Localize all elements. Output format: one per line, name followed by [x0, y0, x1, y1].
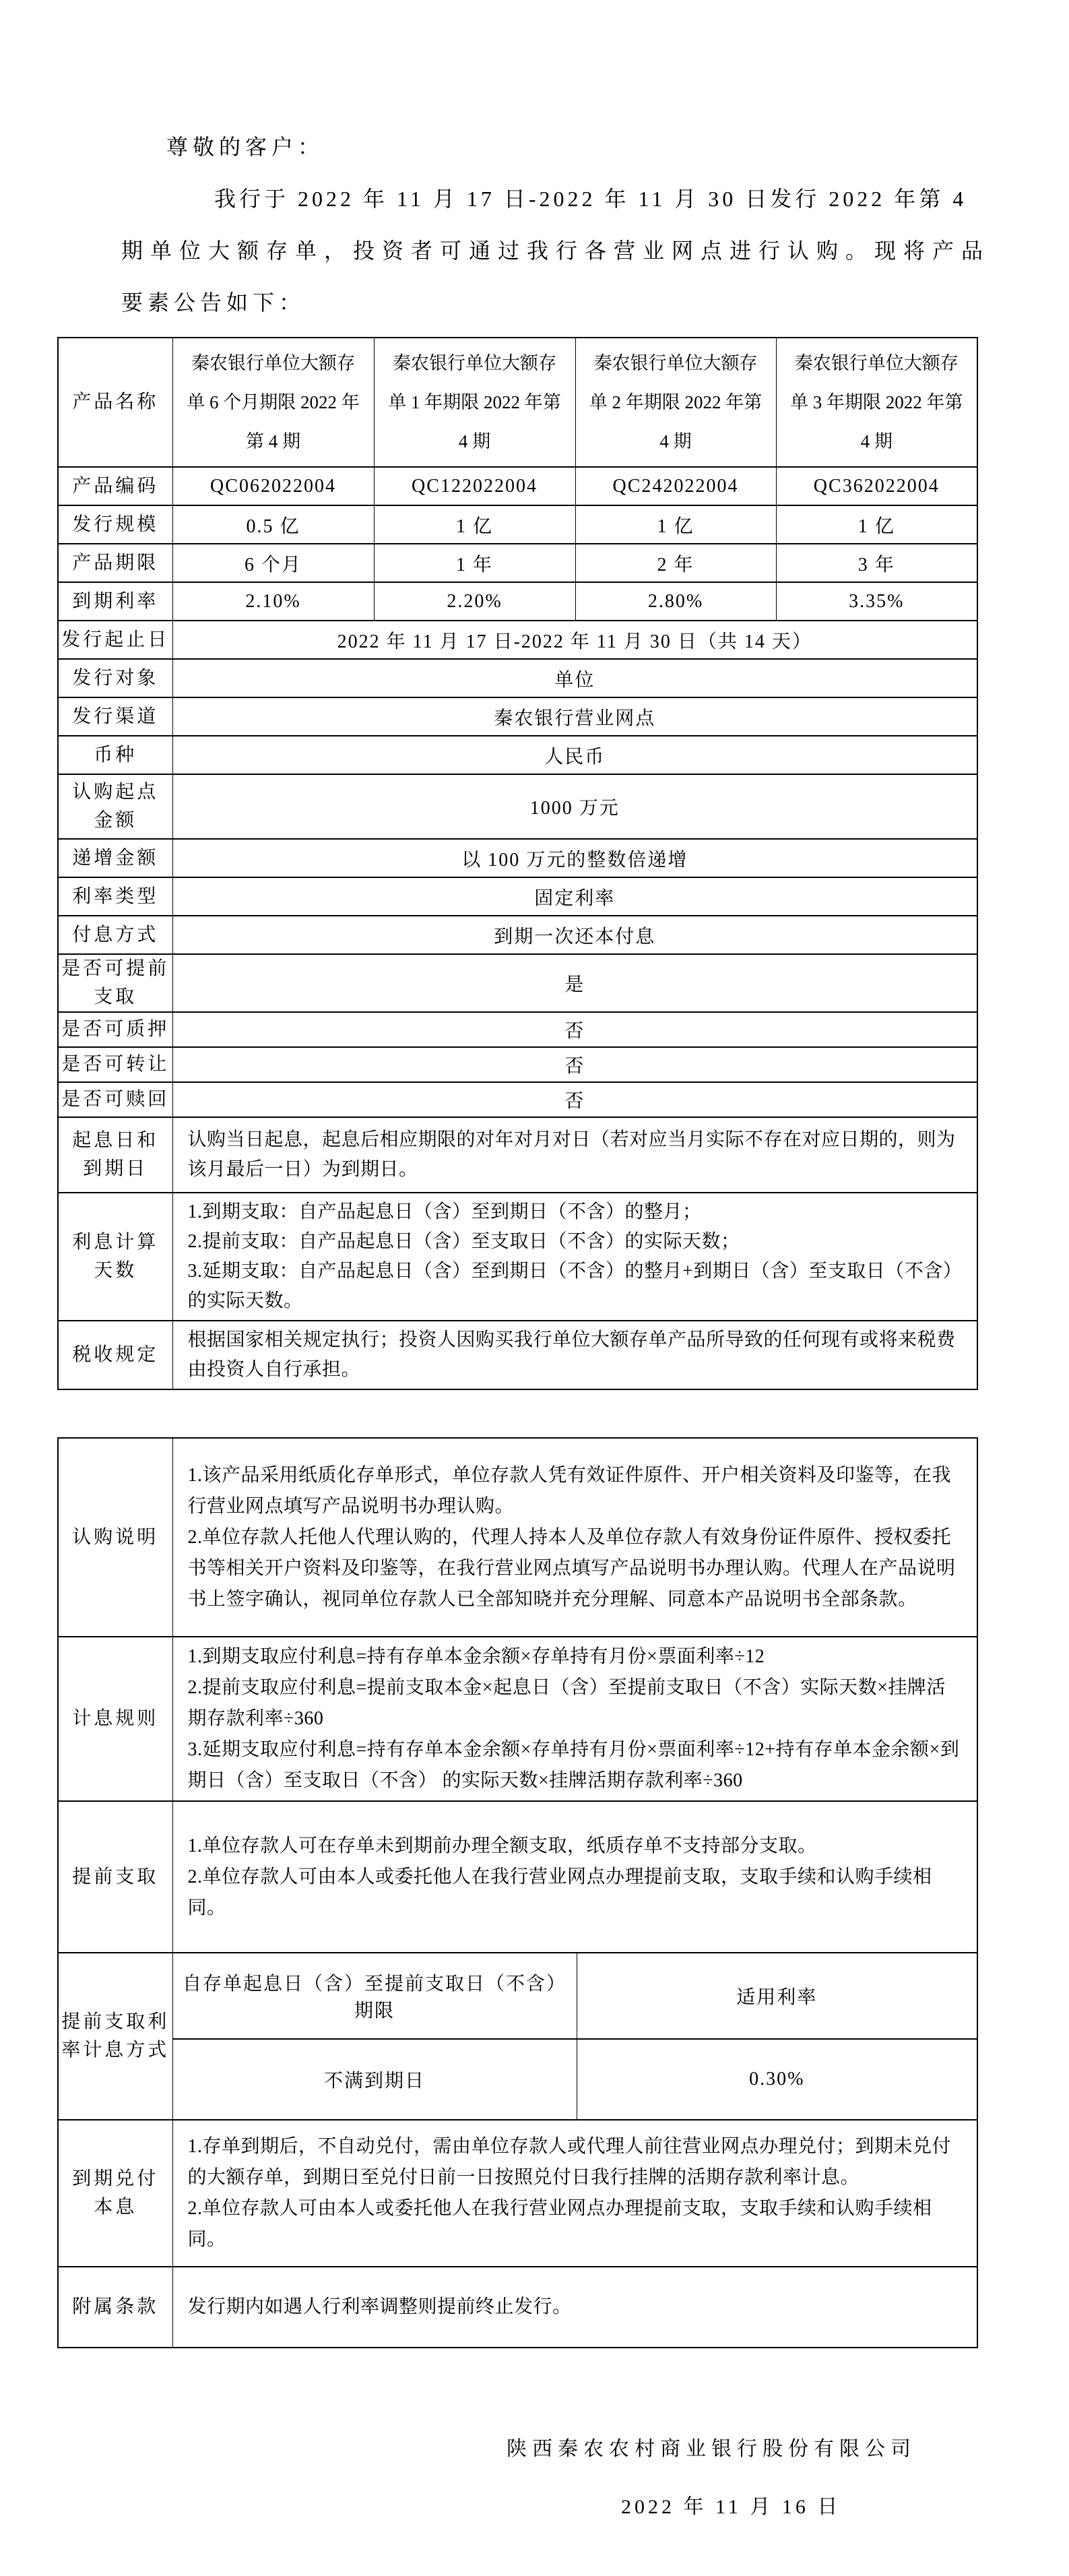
pledgeable: 否: [172, 1012, 977, 1047]
maturity-rate: 2.20%: [374, 582, 575, 621]
subscription-instructions: 1.该产品采用纸质化存单形式，单位存款人凭有效证件原件、开户相关资料及印鉴等，在…: [172, 1438, 977, 1637]
minimum-subscription: 1000 万元: [172, 774, 977, 839]
row-label: 付息方式: [58, 916, 172, 954]
row-label: 币种: [58, 736, 172, 774]
redeemable: 否: [172, 1082, 977, 1117]
terms-table: 认购说明 1.该产品采用纸质化存单形式，单位存款人凭有效证件原件、开户相关资料及…: [57, 1437, 978, 2348]
product-term: 3 年: [776, 544, 977, 582]
maturity-rate: 2.80%: [575, 582, 776, 621]
interest-calculation-rules: 1.到期支取应付利息=持有存单本金余额×存单持有月份×票面利率÷12 2.提前支…: [172, 1637, 977, 1801]
table-row: 付息方式 到期一次还本付息: [58, 916, 977, 954]
table-row: 是否可质押 否: [58, 1012, 977, 1047]
product-term: 1 年: [374, 544, 575, 582]
product-code: QC062022004: [172, 467, 374, 505]
issue-period: 2022 年 11 月 17 日-2022 年 11 月 30 日（共 14 天…: [172, 621, 977, 659]
row-label: 起息日和 到期日: [58, 1117, 172, 1193]
greeting-line: 尊敬的客户：: [121, 121, 994, 173]
row-label: 是否可转让: [58, 1047, 172, 1082]
early-withdrawal-terms: 1.单位存款人可在存单未到期前办理全额支取，纸质存单不支持部分支取。 2.单位存…: [172, 1801, 977, 1953]
interest-payment-method: 到期一次还本付息: [172, 916, 977, 954]
issue-channel: 秦农银行营业网点: [172, 697, 977, 736]
issue-scale: 0.5 亿: [172, 505, 374, 544]
row-label: 递增金额: [58, 839, 172, 877]
table-row: 认购说明 1.该产品采用纸质化存单形式，单位存款人凭有效证件原件、开户相关资料及…: [58, 1438, 977, 1637]
table-row: 附属条款 发行期内如遇人行利率调整则提前终止发行。: [58, 2267, 977, 2348]
issue-target: 单位: [172, 659, 977, 697]
intro-section: 尊敬的客户： 我行于 2022 年 11 月 17 日-2022 年 11 月 …: [0, 0, 1069, 329]
table-row: 利息计算 天数 1.到期支取：自产品起息日（含）至到期日（不含）的整月； 2.提…: [58, 1193, 977, 1321]
table-row: 递增金额 以 100 万元的整数倍递增: [58, 839, 977, 877]
early-withdrawal-period-header: 自存单起息日（含）至提前支取日（不含）期限: [172, 1953, 577, 2039]
product-name-3y: 秦农银行单位大额存单 3 年期限 2022 年第 4 期: [776, 338, 977, 467]
product-code: QC242022004: [575, 467, 776, 505]
table-row: 发行渠道 秦农银行营业网点: [58, 697, 977, 736]
table-row: 计息规则 1.到期支取应付利息=持有存单本金余额×存单持有月份×票面利率÷12 …: [58, 1637, 977, 1801]
footer-date: 2022 年 11 月 16 日: [621, 2494, 1069, 2521]
row-label: 发行渠道: [58, 697, 172, 736]
row-label: 计息规则: [58, 1637, 172, 1801]
table-row: 币种 人民币: [58, 736, 977, 774]
table-row: 利率类型 固定利率: [58, 877, 977, 916]
row-label: 产品期限: [58, 544, 172, 582]
product-code: QC362022004: [776, 467, 977, 505]
table-row: 产品期限 6 个月 1 年 2 年 3 年: [58, 544, 977, 582]
issue-scale: 1 亿: [374, 505, 575, 544]
row-label: 发行起止日: [58, 621, 172, 659]
table-row: 产品编码 QC062022004 QC122022004 QC242022004…: [58, 467, 977, 505]
maturity-rate: 3.35%: [776, 582, 977, 621]
applicable-rate-header: 适用利率: [577, 1953, 977, 2039]
table-row: 发行起止日 2022 年 11 月 17 日-2022 年 11 月 30 日（…: [58, 621, 977, 659]
table-row: 到期利率 2.10% 2.20% 2.80% 3.35%: [58, 582, 977, 621]
row-label: 提前支取利 率计息方式: [58, 1953, 172, 2120]
maturity-rate: 2.10%: [172, 582, 374, 621]
transferable: 否: [172, 1047, 977, 1082]
rate-type: 固定利率: [172, 877, 977, 916]
table-row: 发行规模 0.5 亿 1 亿 1 亿 1 亿: [58, 505, 977, 544]
increment-amount: 以 100 万元的整数倍递增: [172, 839, 977, 877]
row-label: 到期利率: [58, 582, 172, 621]
product-name-1y: 秦农银行单位大额存单 1 年期限 2022 年第 4 期: [374, 338, 575, 467]
product-term: 6 个月: [172, 544, 374, 582]
product-code: QC122022004: [374, 467, 575, 505]
applicable-rate-value: 0.30%: [577, 2039, 977, 2120]
early-withdrawal-period-value: 不满到期日: [172, 2039, 577, 2120]
intro-paragraph-line-1: 我行于 2022 年 11 月 17 日-2022 年 11 月 30 日发行 …: [121, 173, 994, 225]
tax-provisions: 根据国家相关规定执行；投资人因购买我行单位大额存单产品所导致的任何现有或将来税费…: [172, 1321, 977, 1389]
supplementary-clause: 发行期内如遇人行利率调整则提前终止发行。: [172, 2267, 977, 2348]
interest-day-count-rules: 1.到期支取：自产品起息日（含）至到期日（不含）的整月； 2.提前支取：自产品起…: [172, 1193, 977, 1321]
issue-scale: 1 亿: [575, 505, 776, 544]
row-label: 利息计算 天数: [58, 1193, 172, 1321]
row-label: 认购起点 金额: [58, 774, 172, 839]
table-row: 起息日和 到期日 认购当日起息，起息后相应期限的对年对月对日（若对应当月实际不存…: [58, 1117, 977, 1193]
row-label: 认购说明: [58, 1438, 172, 1637]
table-row: 提前支取 1.单位存款人可在存单未到期前办理全额支取，纸质存单不支持部分支取。 …: [58, 1801, 977, 1953]
table-row: 发行对象 单位: [58, 659, 977, 697]
row-label: 到期兑付 本息: [58, 2120, 172, 2267]
table-row: 不满到期日 0.30%: [58, 2039, 977, 2120]
row-label: 是否可赎回: [58, 1082, 172, 1117]
early-withdrawal-allowed: 是: [172, 954, 977, 1012]
row-label: 发行对象: [58, 659, 172, 697]
intro-paragraph-line-3: 要素公告如下：: [121, 277, 994, 329]
table-row: 认购起点 金额 1000 万元: [58, 774, 977, 839]
row-label: 是否可提前 支取: [58, 954, 172, 1012]
announcement-document: 尊敬的客户： 我行于 2022 年 11 月 17 日-2022 年 11 月 …: [0, 0, 1069, 2576]
table-row: 税收规定 根据国家相关规定执行；投资人因购买我行单位大额存单产品所导致的任何现有…: [58, 1321, 977, 1389]
table-row: 产品名称 秦农银行单位大额存单 6 个月期限 2022 年第 4 期 秦农银行单…: [58, 338, 977, 467]
table-row: 是否可提前 支取 是: [58, 954, 977, 1012]
product-term: 2 年: [575, 544, 776, 582]
table-row: 是否可转让 否: [58, 1047, 977, 1082]
footer-company: 陕西秦农农村商业银行股份有限公司: [507, 2436, 1069, 2463]
row-label: 产品编码: [58, 467, 172, 505]
maturity-redemption-terms: 1.存单到期后，不自动兑付，需由单位存款人或代理人前往营业网点办理兑付；到期未兑…: [172, 2120, 977, 2267]
table-row: 到期兑付 本息 1.存单到期后，不自动兑付，需由单位存款人或代理人前往营业网点办…: [58, 2120, 977, 2267]
product-elements-table: 产品名称 秦农银行单位大额存单 6 个月期限 2022 年第 4 期 秦农银行单…: [57, 337, 978, 1390]
product-name-2y: 秦农银行单位大额存单 2 年期限 2022 年第 4 期: [575, 338, 776, 467]
row-label: 发行规模: [58, 505, 172, 544]
row-label: 提前支取: [58, 1801, 172, 1953]
row-label: 产品名称: [58, 338, 172, 467]
row-label: 税收规定: [58, 1321, 172, 1389]
row-label: 附属条款: [58, 2267, 172, 2348]
intro-paragraph-line-2: 期单位大额存单，投资者可通过我行各营业网点进行认购。现将产品: [121, 225, 994, 277]
table-row: 提前支取利 率计息方式 自存单起息日（含）至提前支取日（不含）期限 适用利率: [58, 1953, 977, 2039]
value-date-maturity-date: 认购当日起息，起息后相应期限的对年对月对日（若对应当月实际不存在对应日期的，则为…: [172, 1117, 977, 1193]
issue-scale: 1 亿: [776, 505, 977, 544]
currency: 人民币: [172, 736, 977, 774]
row-label: 利率类型: [58, 877, 172, 916]
product-name-6m: 秦农银行单位大额存单 6 个月期限 2022 年第 4 期: [172, 338, 374, 467]
row-label: 是否可质押: [58, 1012, 172, 1047]
table-row: 是否可赎回 否: [58, 1082, 977, 1117]
